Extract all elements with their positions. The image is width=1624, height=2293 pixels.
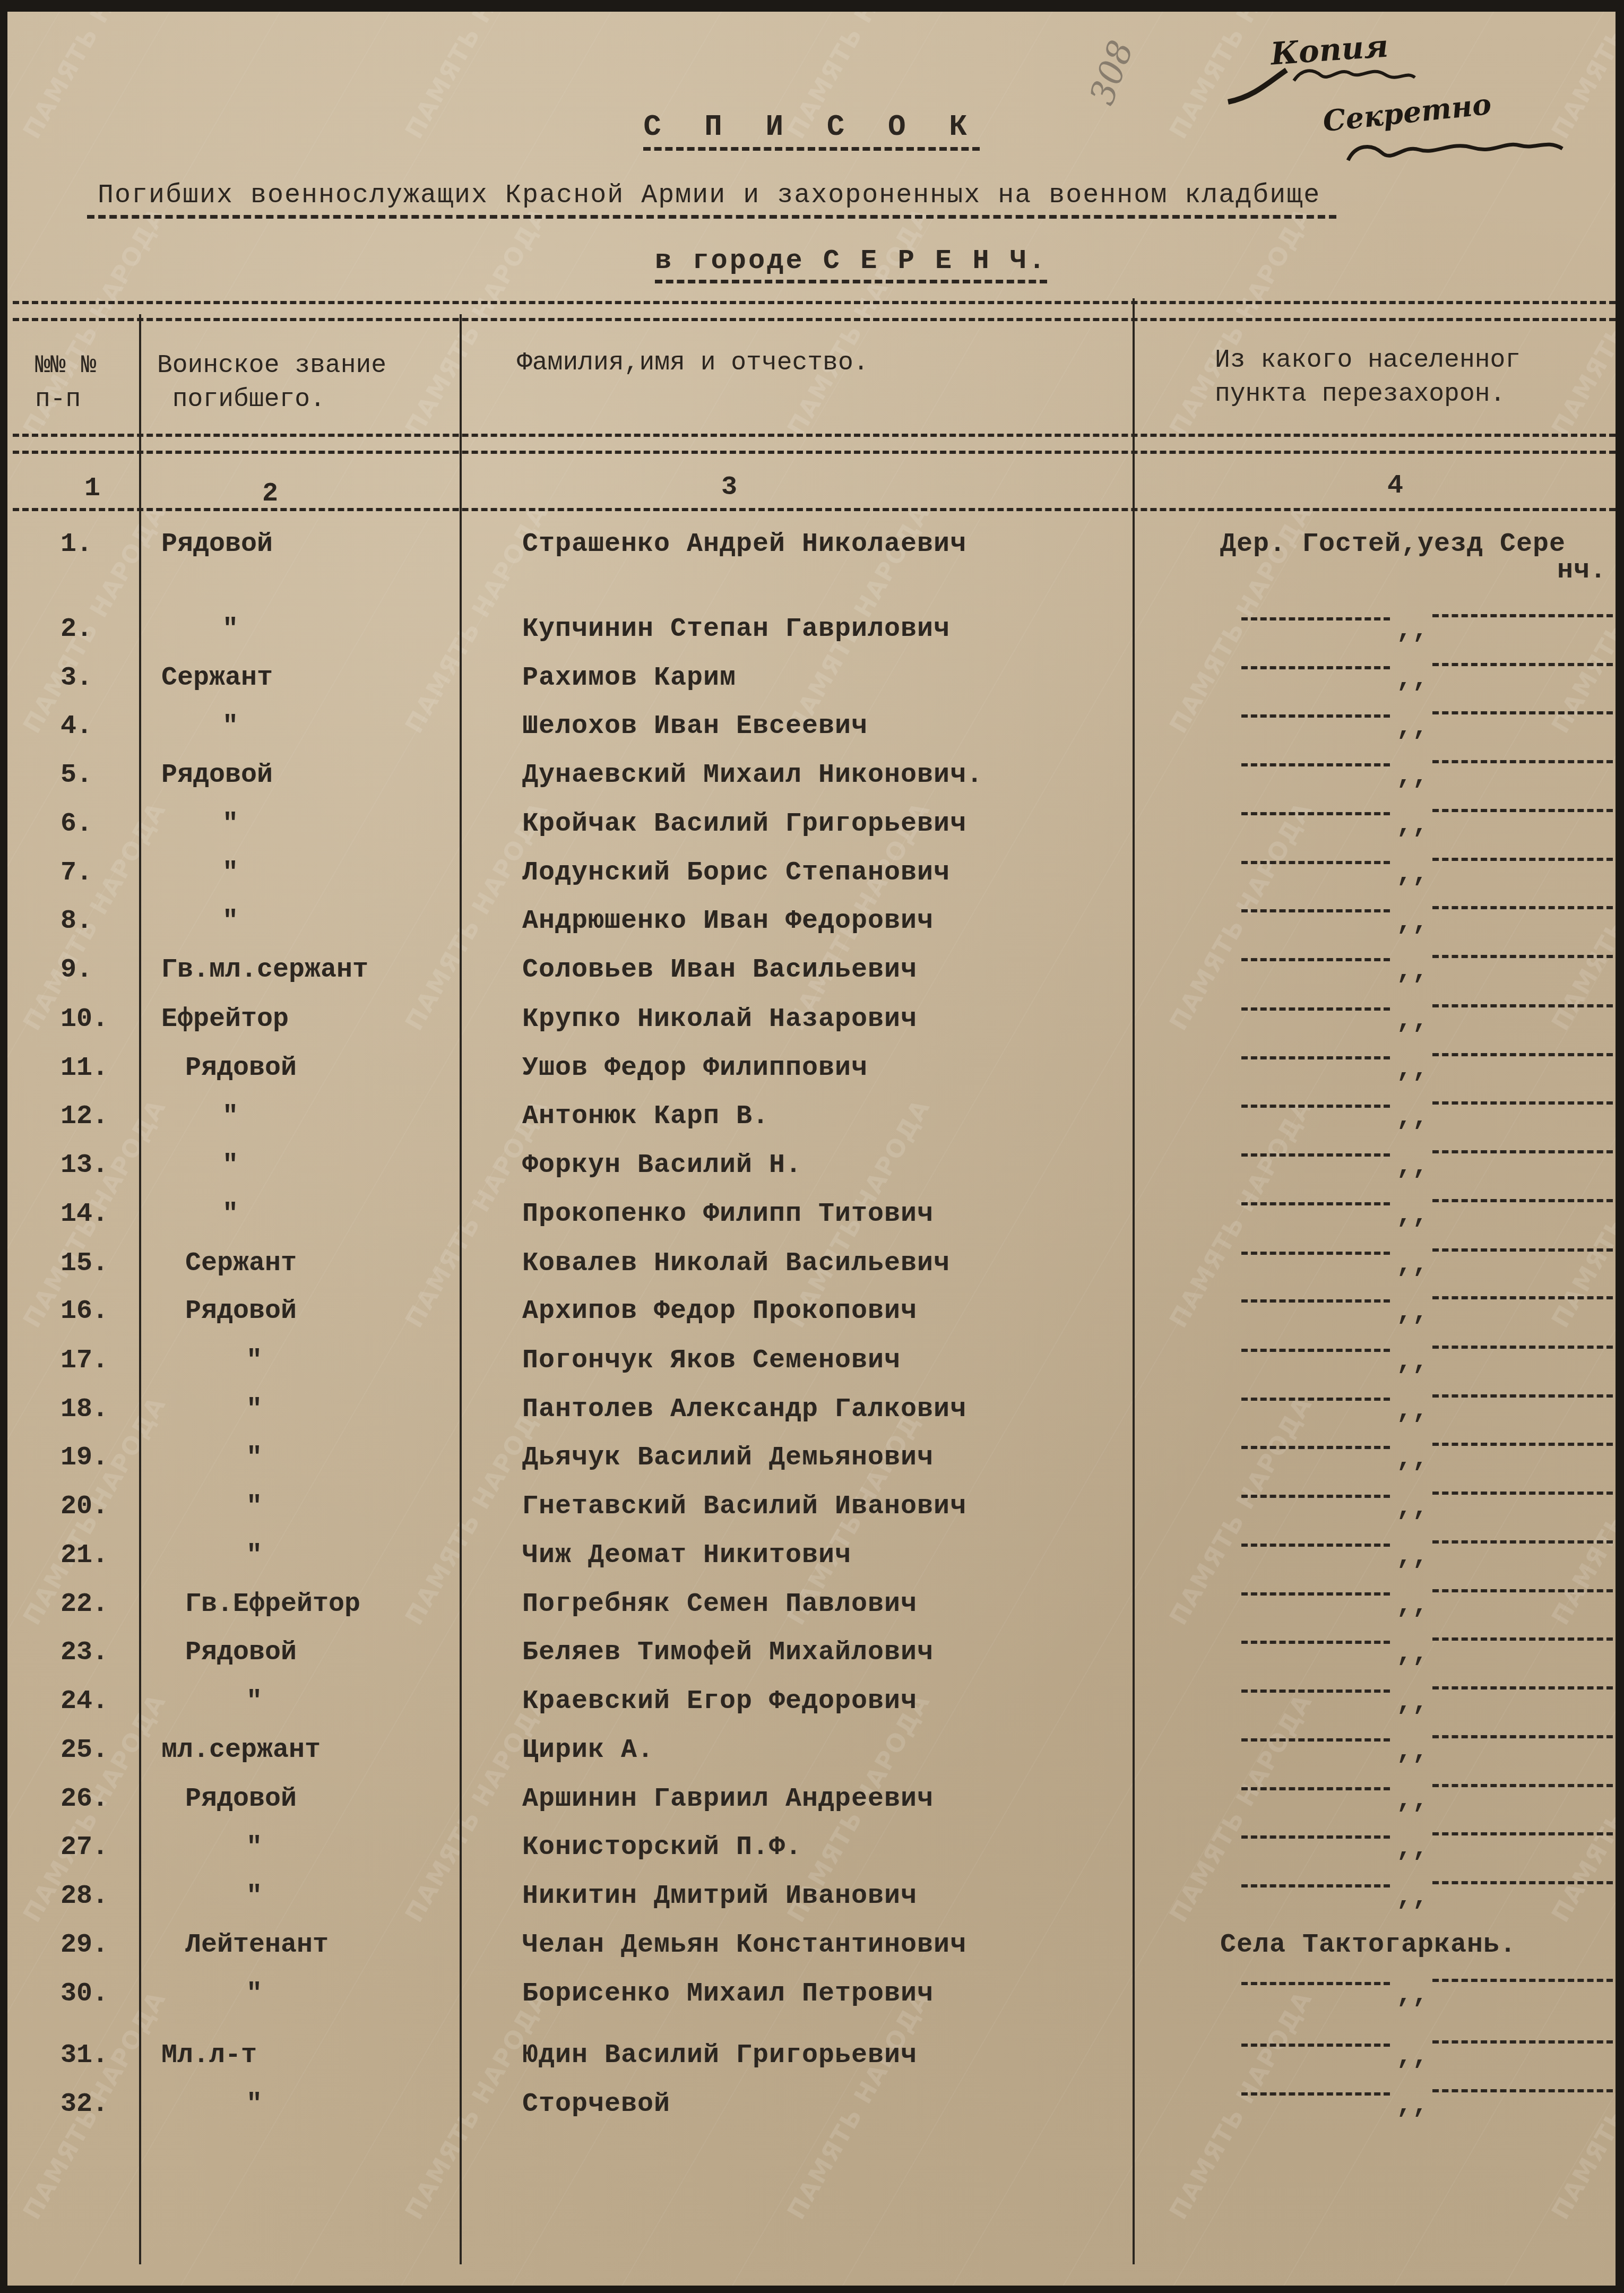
row-full-name: Кройчак Василий Григорьевич	[522, 809, 966, 839]
dash-line-left	[1241, 1007, 1390, 1011]
origin-ditto-mark: ,,	[1241, 1540, 1613, 1562]
column-number-3: 3	[721, 472, 737, 503]
ditto-quote: ,,	[1396, 1347, 1428, 1377]
dash-line-right	[1432, 1492, 1613, 1495]
origin-ditto-mark: ,,	[1241, 1735, 1613, 1756]
rank-ditto-mark: "	[222, 1101, 238, 1132]
ditto-quote: ,,	[1396, 859, 1428, 889]
dash-line-right	[1432, 1443, 1613, 1446]
row-number: 26.	[61, 1784, 108, 1814]
row-number: 2.	[61, 614, 108, 644]
row-number: 12.	[61, 1101, 108, 1132]
row-number: 14.	[61, 1199, 108, 1229]
row-number: 29.	[61, 1930, 108, 1960]
row-full-name: Крупко Николай Назарович	[522, 1004, 917, 1035]
row-number: 25.	[61, 1735, 108, 1765]
rank-ditto-mark: "	[246, 1492, 262, 1522]
table-row: 24."Краевский Егор Федорович,,	[7, 1686, 1616, 1718]
origin-ditto-mark: ,,	[1241, 1394, 1613, 1416]
ditto-quote: ,,	[1396, 1151, 1428, 1182]
rank-ditto-mark: "	[222, 809, 238, 839]
row-full-name: Антонюк Карп В.	[522, 1101, 769, 1132]
dash-line-right	[1432, 1540, 1613, 1544]
column-number-4: 4	[1387, 471, 1403, 501]
dash-line-left	[1241, 1982, 1390, 1985]
table-row: 20."Гнетавский Василий Иванович,,	[7, 1492, 1616, 1523]
ditto-quote: ,,	[1396, 1493, 1428, 1523]
dash-line-right	[1432, 1101, 1613, 1105]
row-rank: Лейтенант	[185, 1930, 329, 1960]
row-rank: Рядовой	[185, 1296, 297, 1326]
row-full-name: Гнетавский Василий Иванович	[522, 1492, 966, 1522]
dash-line-left	[1241, 666, 1390, 669]
origin-ditto-mark: ,,	[1241, 760, 1613, 781]
document-sheet: ПАМЯТЬ НАРОДАПАМЯТЬ НАРОДАПАМЯТЬ НАРОДАП…	[7, 12, 1616, 2286]
row-number: 13.	[61, 1150, 108, 1180]
table-row: 3.СержантРахимов Карим,,	[7, 663, 1616, 695]
row-number: 8.	[61, 906, 108, 936]
header-number: №№ № п-п	[35, 349, 96, 417]
row-full-name: Юдин Василий Григорьевич	[522, 2040, 917, 2071]
document-subtitle: Погибших военнослужащих Красной Армии и …	[87, 180, 1336, 219]
row-number: 21.	[61, 1540, 108, 1571]
origin-ditto-mark: ,,	[1241, 663, 1613, 684]
rank-ditto-mark: "	[222, 711, 238, 742]
table-top-border	[13, 301, 1616, 321]
dash-line-left	[1241, 812, 1390, 815]
table-row: 12."Антонюк Карп В.,,	[7, 1101, 1616, 1133]
ditto-quote: ,,	[1396, 1444, 1428, 1474]
row-full-name: Андрюшенко Иван Федорович	[522, 906, 934, 936]
dash-line-left	[1241, 1153, 1390, 1157]
dash-line-left	[1241, 2044, 1390, 2047]
origin-ditto-mark: ,,	[1241, 1492, 1613, 1513]
row-full-name: Конисторский П.Ф.	[522, 1832, 802, 1863]
column-divider-1	[139, 314, 141, 2264]
watermark-text: ПАМЯТЬ НАРОДА	[401, 203, 552, 440]
origin-ditto-mark: ,,	[1241, 1150, 1613, 1171]
ditto-quote: ,,	[1396, 1785, 1428, 1815]
origin-ditto-mark: ,,	[1241, 1979, 1613, 2000]
row-rank: Сержант	[161, 663, 273, 693]
table-row: 30."Борисенко Михаил Петрович,,	[7, 1979, 1616, 2011]
row-full-name: Никитин Дмитрий Иванович	[522, 1881, 917, 1911]
document-title: С П И С О К	[7, 110, 1616, 144]
copy-underline-squiggle-icon	[1292, 64, 1419, 85]
ditto-quote: ,,	[1396, 2041, 1428, 2072]
row-rank: Рядовой	[161, 529, 273, 559]
row-rank: Гв.мл.сержант	[161, 955, 368, 985]
ditto-quote: ,,	[1396, 810, 1428, 840]
dash-line-right	[1432, 1296, 1613, 1299]
table-row: 19."Дьячук Василий Демьянович,,	[7, 1443, 1616, 1475]
origin-ditto-mark: ,,	[1241, 1101, 1613, 1123]
row-number: 5.	[61, 760, 108, 790]
origin-ditto-mark: ,,	[1241, 906, 1613, 927]
row-full-name: Беляев Тимофей Михайлович	[522, 1637, 934, 1668]
dash-line-right	[1432, 2040, 1613, 2044]
header-full-name: Фамилия,имя и отчество.	[517, 346, 869, 380]
table-row: 11.РядовойУшов Федор Филиппович,,	[7, 1053, 1616, 1085]
origin-ditto-mark: ,,	[1241, 955, 1613, 976]
dash-line-left	[1241, 1105, 1390, 1108]
dash-line-left	[1241, 1738, 1390, 1742]
dash-line-right	[1432, 1735, 1613, 1738]
origin-ditto-mark: ,,	[1241, 1346, 1613, 1367]
rank-ditto-mark: "	[222, 858, 238, 888]
burial-location: в городе С Е Р Е Н Ч.	[655, 245, 1047, 283]
origin-ditto-mark: ,,	[1241, 1004, 1613, 1025]
row-rank: Мл.л-т	[161, 2040, 257, 2071]
header-origin: Из какого населенног пункта перезахорон.	[1215, 343, 1521, 411]
origin-ditto-mark: ,,	[1241, 1686, 1613, 1708]
origin-ditto-mark: ,,	[1241, 1589, 1613, 1610]
row-rank: Рядовой	[185, 1637, 297, 1668]
row-number: 22.	[61, 1589, 108, 1619]
dash-line-right	[1432, 1832, 1613, 1835]
watermark-text: ПАМЯТЬ НАРОДА	[783, 203, 934, 440]
row-full-name: Аршинин Гавриил Андреевич	[522, 1784, 934, 1814]
row-rank: Ефрейтор	[161, 1004, 289, 1035]
archive-number-pencil: 308	[1082, 36, 1141, 110]
dash-line-right	[1432, 809, 1613, 812]
row-number: 19.	[61, 1443, 108, 1473]
table-row: 6."Кройчак Василий Григорьевич,,	[7, 809, 1616, 841]
dash-line-right	[1432, 711, 1613, 714]
column-number-divider	[13, 508, 1616, 511]
dash-line-left	[1241, 1689, 1390, 1693]
ditto-quote: ,,	[1396, 1590, 1428, 1620]
ditto-quote: ,,	[1396, 1054, 1428, 1084]
dash-line-right	[1432, 1637, 1613, 1641]
rank-ditto-mark: "	[246, 1881, 262, 1911]
origin-ditto-mark: ,,	[1241, 1881, 1613, 1902]
origin-ditto-mark: ,,	[1241, 1053, 1613, 1074]
dash-line-right	[1432, 1053, 1613, 1056]
dash-line-right	[1432, 1686, 1613, 1689]
dash-line-left	[1241, 2092, 1390, 2096]
dash-line-right	[1432, 2089, 1613, 2092]
rank-ditto-mark: "	[222, 906, 238, 936]
dash-line-right	[1432, 1784, 1613, 1787]
dash-line-left	[1241, 1544, 1390, 1547]
row-origin-continuation: нч.	[1557, 556, 1606, 586]
origin-ditto-mark: ,,	[1241, 2040, 1613, 2062]
table-row: 5.РядовойДунаевский Михаил Никонович.,,	[7, 760, 1616, 792]
row-full-name: Дунаевский Михаил Никонович.	[522, 760, 983, 790]
table-row: 1.РядовойСтрашенко Андрей НиколаевичДер.…	[7, 529, 1616, 561]
table-row: 31.Мл.л-тЮдин Василий Григорьевич,,	[7, 2040, 1616, 2072]
ditto-quote: ,,	[1396, 1639, 1428, 1669]
rank-ditto-mark: "	[246, 1832, 262, 1863]
row-number: 27.	[61, 1832, 108, 1863]
row-full-name: Рахимов Карим	[522, 663, 736, 693]
rank-ditto-mark: "	[246, 1979, 262, 2009]
row-full-name: Купчинин Степан Гаврилович	[522, 614, 950, 644]
row-number: 32.	[61, 2089, 108, 2119]
ditto-quote: ,,	[1396, 2090, 1428, 2120]
dash-line-left	[1241, 1398, 1390, 1401]
ditto-quote: ,,	[1396, 1200, 1428, 1230]
row-number: 18.	[61, 1394, 108, 1425]
row-number: 9.	[61, 955, 108, 985]
row-full-name: Чиж Деомат Никитович	[522, 1540, 851, 1571]
row-full-name: Дьячук Василий Демьянович	[522, 1443, 934, 1473]
row-number: 11.	[61, 1053, 108, 1083]
row-full-name: Форкун Василий Н.	[522, 1150, 802, 1180]
dash-line-right	[1432, 1881, 1613, 1884]
dash-line-left	[1241, 1252, 1390, 1255]
row-full-name: Прокопенко Филипп Титович	[522, 1199, 934, 1229]
origin-ditto-mark: ,,	[1241, 1296, 1613, 1317]
origin-ditto-mark: ,,	[1241, 809, 1613, 830]
ditto-quote: ,,	[1396, 712, 1428, 743]
table-row: 18."Пантолев Александр Галкович,,	[7, 1394, 1616, 1426]
origin-ditto-mark: ,,	[1241, 1248, 1613, 1270]
row-number: 4.	[61, 711, 108, 742]
ditto-quote: ,,	[1396, 1833, 1428, 1864]
origin-ditto-mark: ,,	[1241, 1199, 1613, 1220]
origin-ditto-mark: ,,	[1241, 2089, 1613, 2110]
row-rank: Гв.Ефрейтор	[185, 1589, 360, 1619]
dash-line-left	[1241, 958, 1390, 961]
ditto-quote: ,,	[1396, 1102, 1428, 1133]
row-number: 28.	[61, 1881, 108, 1911]
dash-line-left	[1241, 861, 1390, 864]
dash-line-right	[1432, 1004, 1613, 1007]
row-number: 15.	[61, 1248, 108, 1279]
dash-line-right	[1432, 858, 1613, 861]
row-number: 20.	[61, 1492, 108, 1522]
dash-line-right	[1432, 1199, 1613, 1202]
column-divider-2	[460, 314, 462, 2264]
dash-line-right	[1432, 663, 1613, 666]
dash-line-left	[1241, 714, 1390, 718]
table-row: 23.РядовойБеляев Тимофей Михайлович,,	[7, 1637, 1616, 1669]
row-number: 7.	[61, 858, 108, 888]
column-number-2: 2	[262, 479, 278, 509]
ditto-quote: ,,	[1396, 1736, 1428, 1766]
ditto-quote: ,,	[1396, 1980, 1428, 2010]
dash-line-right	[1432, 906, 1613, 909]
table-row: 8."Андрюшенко Иван Федорович,,	[7, 906, 1616, 938]
dash-line-right	[1432, 1394, 1613, 1398]
dash-line-right	[1432, 1589, 1613, 1592]
table-row: 15.СержантКовалев Николай Васильевич,,	[7, 1248, 1616, 1280]
dash-line-left	[1241, 909, 1390, 912]
rank-ditto-mark: "	[246, 1394, 262, 1425]
row-full-name: Погончук Яков Семенович	[522, 1346, 901, 1376]
row-rank: Рядовой	[185, 1053, 297, 1083]
row-full-name: Архипов Федор Прокопович	[522, 1296, 917, 1326]
row-origin: Села Тактогаркань.	[1220, 1930, 1516, 1960]
dash-line-left	[1241, 1202, 1390, 1205]
row-full-name: Сторчевой	[522, 2089, 670, 2119]
rank-ditto-mark: "	[246, 1443, 262, 1473]
dash-line-left	[1241, 1641, 1390, 1644]
row-number: 23.	[61, 1637, 108, 1668]
dash-line-left	[1241, 1446, 1390, 1449]
table-row: 26.РядовойАршинин Гавриил Андреевич,,	[7, 1784, 1616, 1816]
row-rank: Рядовой	[161, 760, 273, 790]
ditto-quote: ,,	[1396, 664, 1428, 694]
dash-line-right	[1432, 614, 1613, 617]
dash-line-left	[1241, 1787, 1390, 1790]
row-full-name: Цирик А.	[522, 1735, 654, 1765]
origin-ditto-mark: ,,	[1241, 614, 1613, 635]
dash-line-right	[1432, 1248, 1613, 1252]
rank-ditto-mark: "	[222, 1150, 238, 1180]
ditto-quote: ,,	[1396, 615, 1428, 645]
dash-line-left	[1241, 1299, 1390, 1303]
row-number: 3.	[61, 663, 108, 693]
origin-ditto-mark: ,,	[1241, 1637, 1613, 1659]
origin-ditto-mark: ,,	[1241, 1784, 1613, 1805]
ditto-quote: ,,	[1396, 1249, 1428, 1280]
table-row: 10.ЕфрейторКрупко Николай Назарович,,	[7, 1004, 1616, 1036]
ditto-quote: ,,	[1396, 1882, 1428, 1912]
rank-ditto-mark: "	[246, 1540, 262, 1571]
origin-ditto-mark: ,,	[1241, 1832, 1613, 1854]
table-row: 29.ЛейтенантЧелан Демьян КонстантиновичС…	[7, 1930, 1616, 1962]
row-full-name: Челан Демьян Константинович	[522, 1930, 966, 1960]
row-full-name: Ушов Федор Филиппович	[522, 1053, 868, 1083]
table-row: 7."Лодунский Борис Степанович,,	[7, 858, 1616, 890]
table-row: 32."Сторчевой,,	[7, 2089, 1616, 2121]
ditto-quote: ,,	[1396, 1687, 1428, 1718]
rank-ditto-mark: "	[222, 614, 238, 644]
row-number: 30.	[61, 1979, 108, 2009]
table-row: 16.РядовойАрхипов Федор Прокопович,,	[7, 1296, 1616, 1328]
table-row: 4."Шелохов Иван Евсеевич,,	[7, 711, 1616, 743]
row-full-name: Лодунский Борис Степанович	[522, 858, 950, 888]
row-origin: Дер. Гостей,уезд Сере	[1220, 529, 1566, 559]
ditto-quote: ,,	[1396, 956, 1428, 986]
dash-line-right	[1432, 955, 1613, 958]
row-full-name: Соловьев Иван Васильевич	[522, 955, 917, 985]
row-number: 1.	[61, 529, 108, 559]
origin-ditto-mark: ,,	[1241, 1443, 1613, 1464]
row-rank: мл.сержант	[161, 1735, 321, 1765]
column-divider-3	[1133, 298, 1135, 2264]
table-row: 28."Никитин Дмитрий Иванович,,	[7, 1881, 1616, 1913]
row-number: 17.	[61, 1346, 108, 1376]
watermark-text: ПАМЯТЬ НАРОДА	[1547, 203, 1616, 440]
table-row: 22.Гв.ЕфрейторПогребняк Семен Павлович,,	[7, 1589, 1616, 1621]
row-full-name: Шелохов Иван Евсеевич	[522, 711, 868, 742]
row-full-name: Краевский Егор Федорович	[522, 1686, 917, 1717]
dash-line-left	[1241, 1349, 1390, 1352]
dash-line-right	[1432, 1346, 1613, 1349]
origin-ditto-mark: ,,	[1241, 858, 1613, 879]
table-row: 17."Погончук Яков Семенович,,	[7, 1346, 1616, 1377]
dash-line-left	[1241, 1884, 1390, 1887]
row-number: 16.	[61, 1296, 108, 1326]
row-full-name: Страшенко Андрей Николаевич	[522, 529, 966, 559]
header-rank: Воинское звание погибшего.	[157, 349, 386, 417]
table-row: 25.мл.сержантЦирик А.,,	[7, 1735, 1616, 1767]
row-rank: Рядовой	[185, 1784, 297, 1814]
rank-ditto-mark: "	[246, 2089, 262, 2119]
row-number: 31.	[61, 2040, 108, 2071]
origin-ditto-mark: ,,	[1241, 711, 1613, 732]
table-row: 13."Форкун Василий Н.,,	[7, 1150, 1616, 1182]
dash-line-left	[1241, 1835, 1390, 1839]
row-rank: Сержант	[185, 1248, 297, 1279]
dash-line-left	[1241, 1495, 1390, 1498]
row-number: 10.	[61, 1004, 108, 1035]
ditto-quote: ,,	[1396, 761, 1428, 791]
table-row: 27."Конисторский П.Ф.,,	[7, 1832, 1616, 1864]
dash-line-right	[1432, 760, 1613, 763]
rank-ditto-mark: "	[246, 1686, 262, 1717]
row-full-name: Ковалев Николай Васильевич	[522, 1248, 950, 1279]
dash-line-left	[1241, 1056, 1390, 1059]
ditto-quote: ,,	[1396, 1005, 1428, 1036]
row-full-name: Пантолев Александр Галкович	[522, 1394, 966, 1425]
ditto-quote: ,,	[1396, 907, 1428, 937]
dash-line-left	[1241, 617, 1390, 620]
column-number-1: 1	[84, 473, 100, 504]
table-row: 14."Прокопенко Филипп Титович,,	[7, 1199, 1616, 1231]
header-bottom-border	[13, 434, 1616, 454]
ditto-quote: ,,	[1396, 1297, 1428, 1327]
row-number: 6.	[61, 809, 108, 839]
table-row: 2."Купчинин Степан Гаврилович,,	[7, 614, 1616, 646]
row-full-name: Погребняк Семен Павлович	[522, 1589, 917, 1619]
rank-ditto-mark: "	[246, 1346, 262, 1376]
dash-line-left	[1241, 1592, 1390, 1596]
ditto-quote: ,,	[1396, 1541, 1428, 1572]
table-row: 21."Чиж Деомат Никитович,,	[7, 1540, 1616, 1572]
rank-ditto-mark: "	[222, 1199, 238, 1229]
table-row: 9.Гв.мл.сержантСоловьев Иван Васильевич,…	[7, 955, 1616, 987]
ditto-quote: ,,	[1396, 1395, 1428, 1426]
row-number: 24.	[61, 1686, 108, 1717]
dash-line-left	[1241, 763, 1390, 766]
dash-line-right	[1432, 1979, 1613, 1982]
dash-line-right	[1432, 1150, 1613, 1153]
row-full-name: Борисенко Михаил Петрович	[522, 1979, 934, 2009]
